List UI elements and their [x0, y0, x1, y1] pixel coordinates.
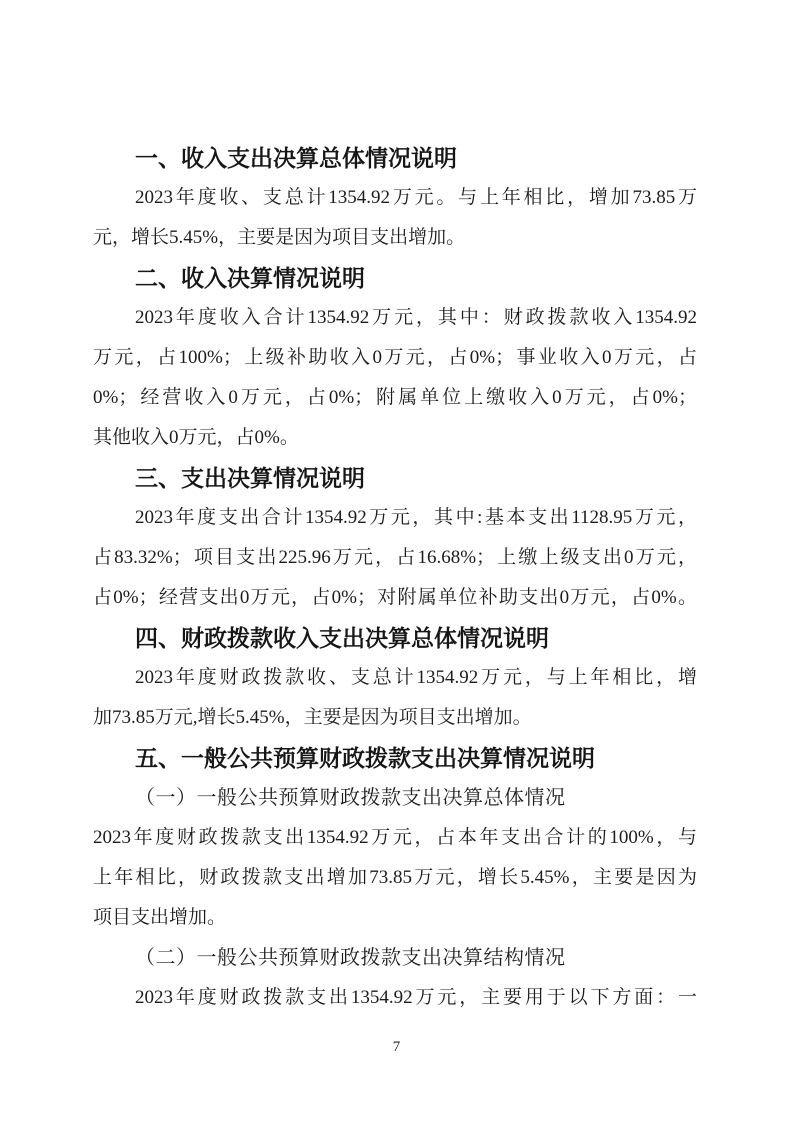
body-line: 2023年度财政拨款支出1354.92万元，占本年支出合计的100%，与: [93, 818, 697, 858]
body-line: 其他收入0万元，占0%。: [93, 418, 697, 458]
body-line: 2023年度收入合计1354.92万元，其中：财政拨款收入1354.92: [93, 298, 697, 338]
subsection-heading: （二）一般公共预算财政拨款支出决算结构情况: [93, 938, 697, 978]
body-line: 2023年度财政拨款收、支总计1354.92万元，与上年相比，增: [93, 658, 697, 698]
body-line: 项目支出增加。: [93, 898, 697, 938]
body-line: 加73.85万元,增长5.45%，主要是因为项目支出增加。: [93, 698, 697, 738]
section-heading: 五、一般公共预算财政拨款支出决算情况说明: [93, 738, 697, 778]
section-heading: 四、财政拨款收入支出决算总体情况说明: [93, 618, 697, 658]
document-content: 一、收入支出决算总体情况说明 2023年度收、支总计1354.92万元。与上年相…: [0, 0, 793, 1018]
body-line: 2023年度收、支总计1354.92万元。与上年相比，增加73.85万: [93, 178, 697, 218]
section-heading: 一、收入支出决算总体情况说明: [93, 138, 697, 178]
section-heading: 三、支出决算情况说明: [93, 458, 697, 498]
body-line: 占83.32%；项目支出225.96万元，占16.68%；上缴上级支出0万元，: [93, 538, 697, 578]
section-heading: 二、收入决算情况说明: [93, 258, 697, 298]
page-number: 7: [0, 1032, 793, 1062]
body-line: 占0%；经营支出0万元，占0%；对附属单位补助支出0万元，占0%。: [93, 578, 697, 618]
body-line: 0%；经营收入0万元，占0%；附属单位上缴收入0万元，占0%；: [93, 378, 697, 418]
body-line: 2023年度支出合计1354.92万元，其中:基本支出1128.95万元，: [93, 498, 697, 538]
body-line: 上年相比，财政拨款支出增加73.85万元，增长5.45%，主要是因为: [93, 858, 697, 898]
body-line: 元，增长5.45%，主要是因为项目支出增加。: [93, 218, 697, 258]
document-page: 一、收入支出决算总体情况说明 2023年度收、支总计1354.92万元。与上年相…: [0, 0, 793, 1122]
subsection-heading: （一）一般公共预算财政拨款支出决算总体情况: [93, 778, 697, 818]
body-line: 2023年度财政拨款支出1354.92万元，主要用于以下方面：一: [93, 978, 697, 1018]
body-line: 万元，占100%；上级补助收入0万元，占0%；事业收入0万元，占: [93, 338, 697, 378]
